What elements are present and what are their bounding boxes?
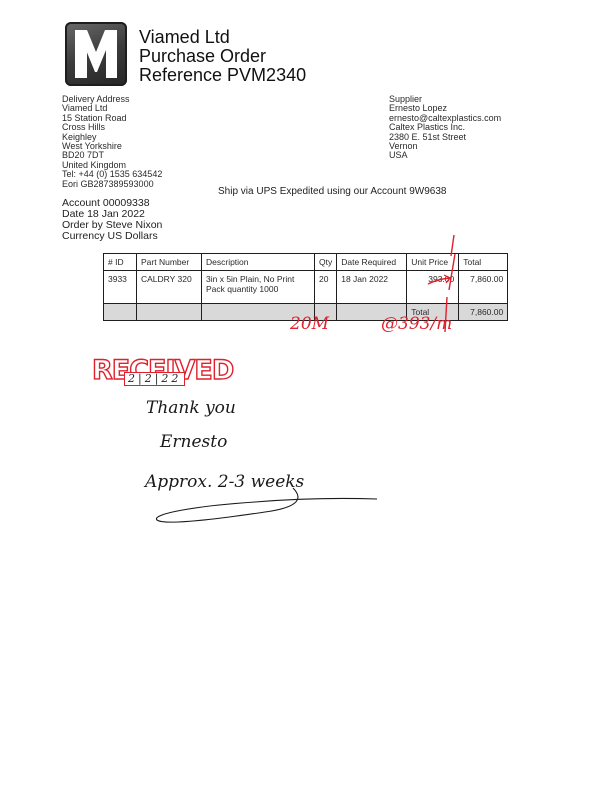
handwritten-price-note: @393/m bbox=[381, 314, 452, 334]
delivery-address: Delivery Address Viamed Ltd 15 Station R… bbox=[62, 95, 162, 189]
m-logo-icon bbox=[65, 22, 127, 86]
cell-empty bbox=[137, 304, 202, 321]
document-header: Viamed Ltd Purchase Order Reference PVM2… bbox=[139, 28, 306, 85]
cell-description: 3in x 5in Plain, No Print Pack quantity … bbox=[202, 271, 315, 304]
signature-flourish-icon bbox=[145, 480, 385, 530]
description-line: Pack quantity 1000 bbox=[206, 284, 310, 294]
viamed-logo bbox=[65, 22, 127, 86]
delivery-eori: Eori GB287389593000 bbox=[62, 180, 162, 189]
currency: Currency US Dollars bbox=[62, 231, 162, 242]
cell-empty bbox=[104, 304, 137, 321]
column-header-description: Description bbox=[202, 254, 315, 271]
shipping-instructions: Ship via UPS Expedited using our Account… bbox=[218, 186, 446, 197]
cell-qty: 20 bbox=[315, 271, 337, 304]
cell-id: 3933 bbox=[104, 271, 137, 304]
column-header-date-required: Date Required bbox=[337, 254, 407, 271]
supplier-country: USA bbox=[389, 151, 501, 160]
company-name: Viamed Ltd bbox=[139, 28, 306, 47]
cell-date-required: 18 Jan 2022 bbox=[337, 271, 407, 304]
document-type: Purchase Order bbox=[139, 47, 306, 66]
cell-part-number: CALDRY 320 bbox=[137, 271, 202, 304]
handwritten-signature-name: Ernesto bbox=[160, 432, 227, 452]
supplier-address: Supplier Ernesto Lopez ernesto@caltexpla… bbox=[389, 95, 501, 161]
description-line: 3in x 5in Plain, No Print bbox=[206, 274, 310, 284]
order-details: Account 00009338 Date 18 Jan 2022 Order … bbox=[62, 198, 162, 242]
po-reference: Reference PVM2340 bbox=[139, 66, 306, 85]
handwritten-quantity-note: 20M bbox=[290, 314, 329, 334]
column-header-part-number: Part Number bbox=[137, 254, 202, 271]
column-header-id: # ID bbox=[104, 254, 137, 271]
column-header-qty: Qty bbox=[315, 254, 337, 271]
handwritten-thank-you: Thank you bbox=[146, 398, 236, 418]
received-stamp-date: 2|2|22 bbox=[124, 372, 185, 386]
